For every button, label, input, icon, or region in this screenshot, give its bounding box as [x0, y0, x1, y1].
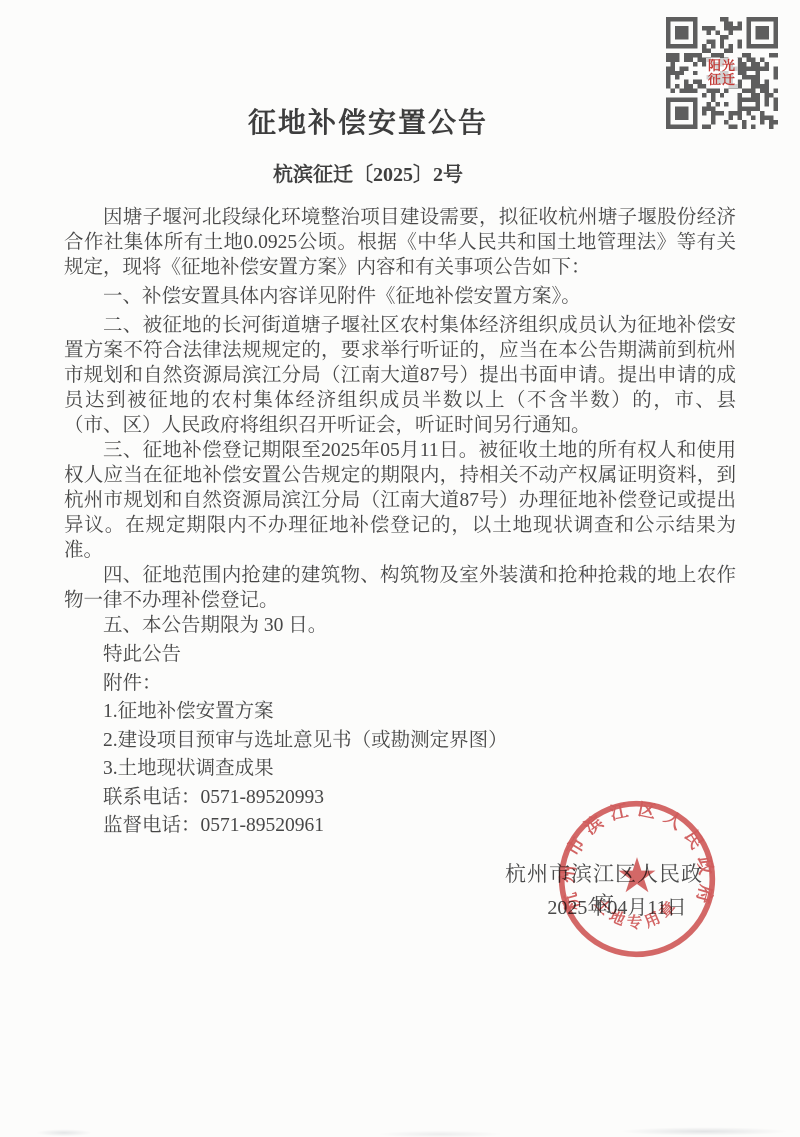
body-item-2: 二、被征地的长河街道塘子堰社区农村集体经济组织成员认为征地补偿安置方案不符合法律…	[64, 313, 736, 438]
body-item-5: 五、本公告期限为 30 日。	[64, 613, 736, 638]
document-number: 杭滨征迁〔2025〕2号	[0, 158, 736, 187]
body-item-4: 四、征地范围内抢建的建筑物、构筑物及室外装潢和抢种抢栽的地上农作物一律不办理补偿…	[64, 563, 736, 613]
body-item-1: 一、补偿安置具体内容详见附件《征地补偿安置方案》。	[64, 284, 736, 309]
attachment-item-2: 2.建设项目预审与选址意见书（或勘测定界图）	[64, 727, 736, 756]
document-tail: 特此公告 附件： 1.征地补偿安置方案 2.建设项目预审与选址意见书（或勘测定界…	[64, 641, 736, 841]
qr-label-line2: 征迁	[708, 73, 736, 87]
attachment-item-1: 1.征地补偿安置方案	[64, 698, 736, 727]
body-intro-paragraph: 因塘子堰河北段绿化环境整治项目建设需要，拟征收杭州塘子堰股份经济合作社集体所有土…	[64, 205, 736, 280]
announcement-page: 阳光 征迁 征地补偿安置公告 杭滨征迁〔2025〕2号 因塘子堰河北段绿化环境整…	[0, 0, 800, 1137]
qr-label-line1: 阳光	[708, 59, 736, 73]
page-title: 征地补偿安置公告	[0, 101, 736, 141]
attachment-item-3: 3.土地现状调查成果	[64, 755, 736, 784]
contact-phone-line: 联系电话：0571-89520993	[64, 784, 736, 813]
document-body: 因塘子堰河北段绿化环境整治项目建设需要，拟征收杭州塘子堰股份经济合作社集体所有土…	[64, 205, 736, 841]
closing-line: 特此公告	[64, 641, 736, 670]
supervision-phone-line: 监督电话：0571-89520961	[64, 812, 736, 841]
qr-center-label: 阳光 征迁	[706, 58, 738, 88]
body-item-3: 三、征地补偿登记期限至2025年05月11日。被征收土地的所有权人和使用权人应当…	[64, 438, 736, 563]
attachments-label: 附件：	[64, 670, 736, 699]
scan-artifact	[0, 1123, 800, 1137]
signature-date: 2025年04月11日	[523, 891, 711, 920]
